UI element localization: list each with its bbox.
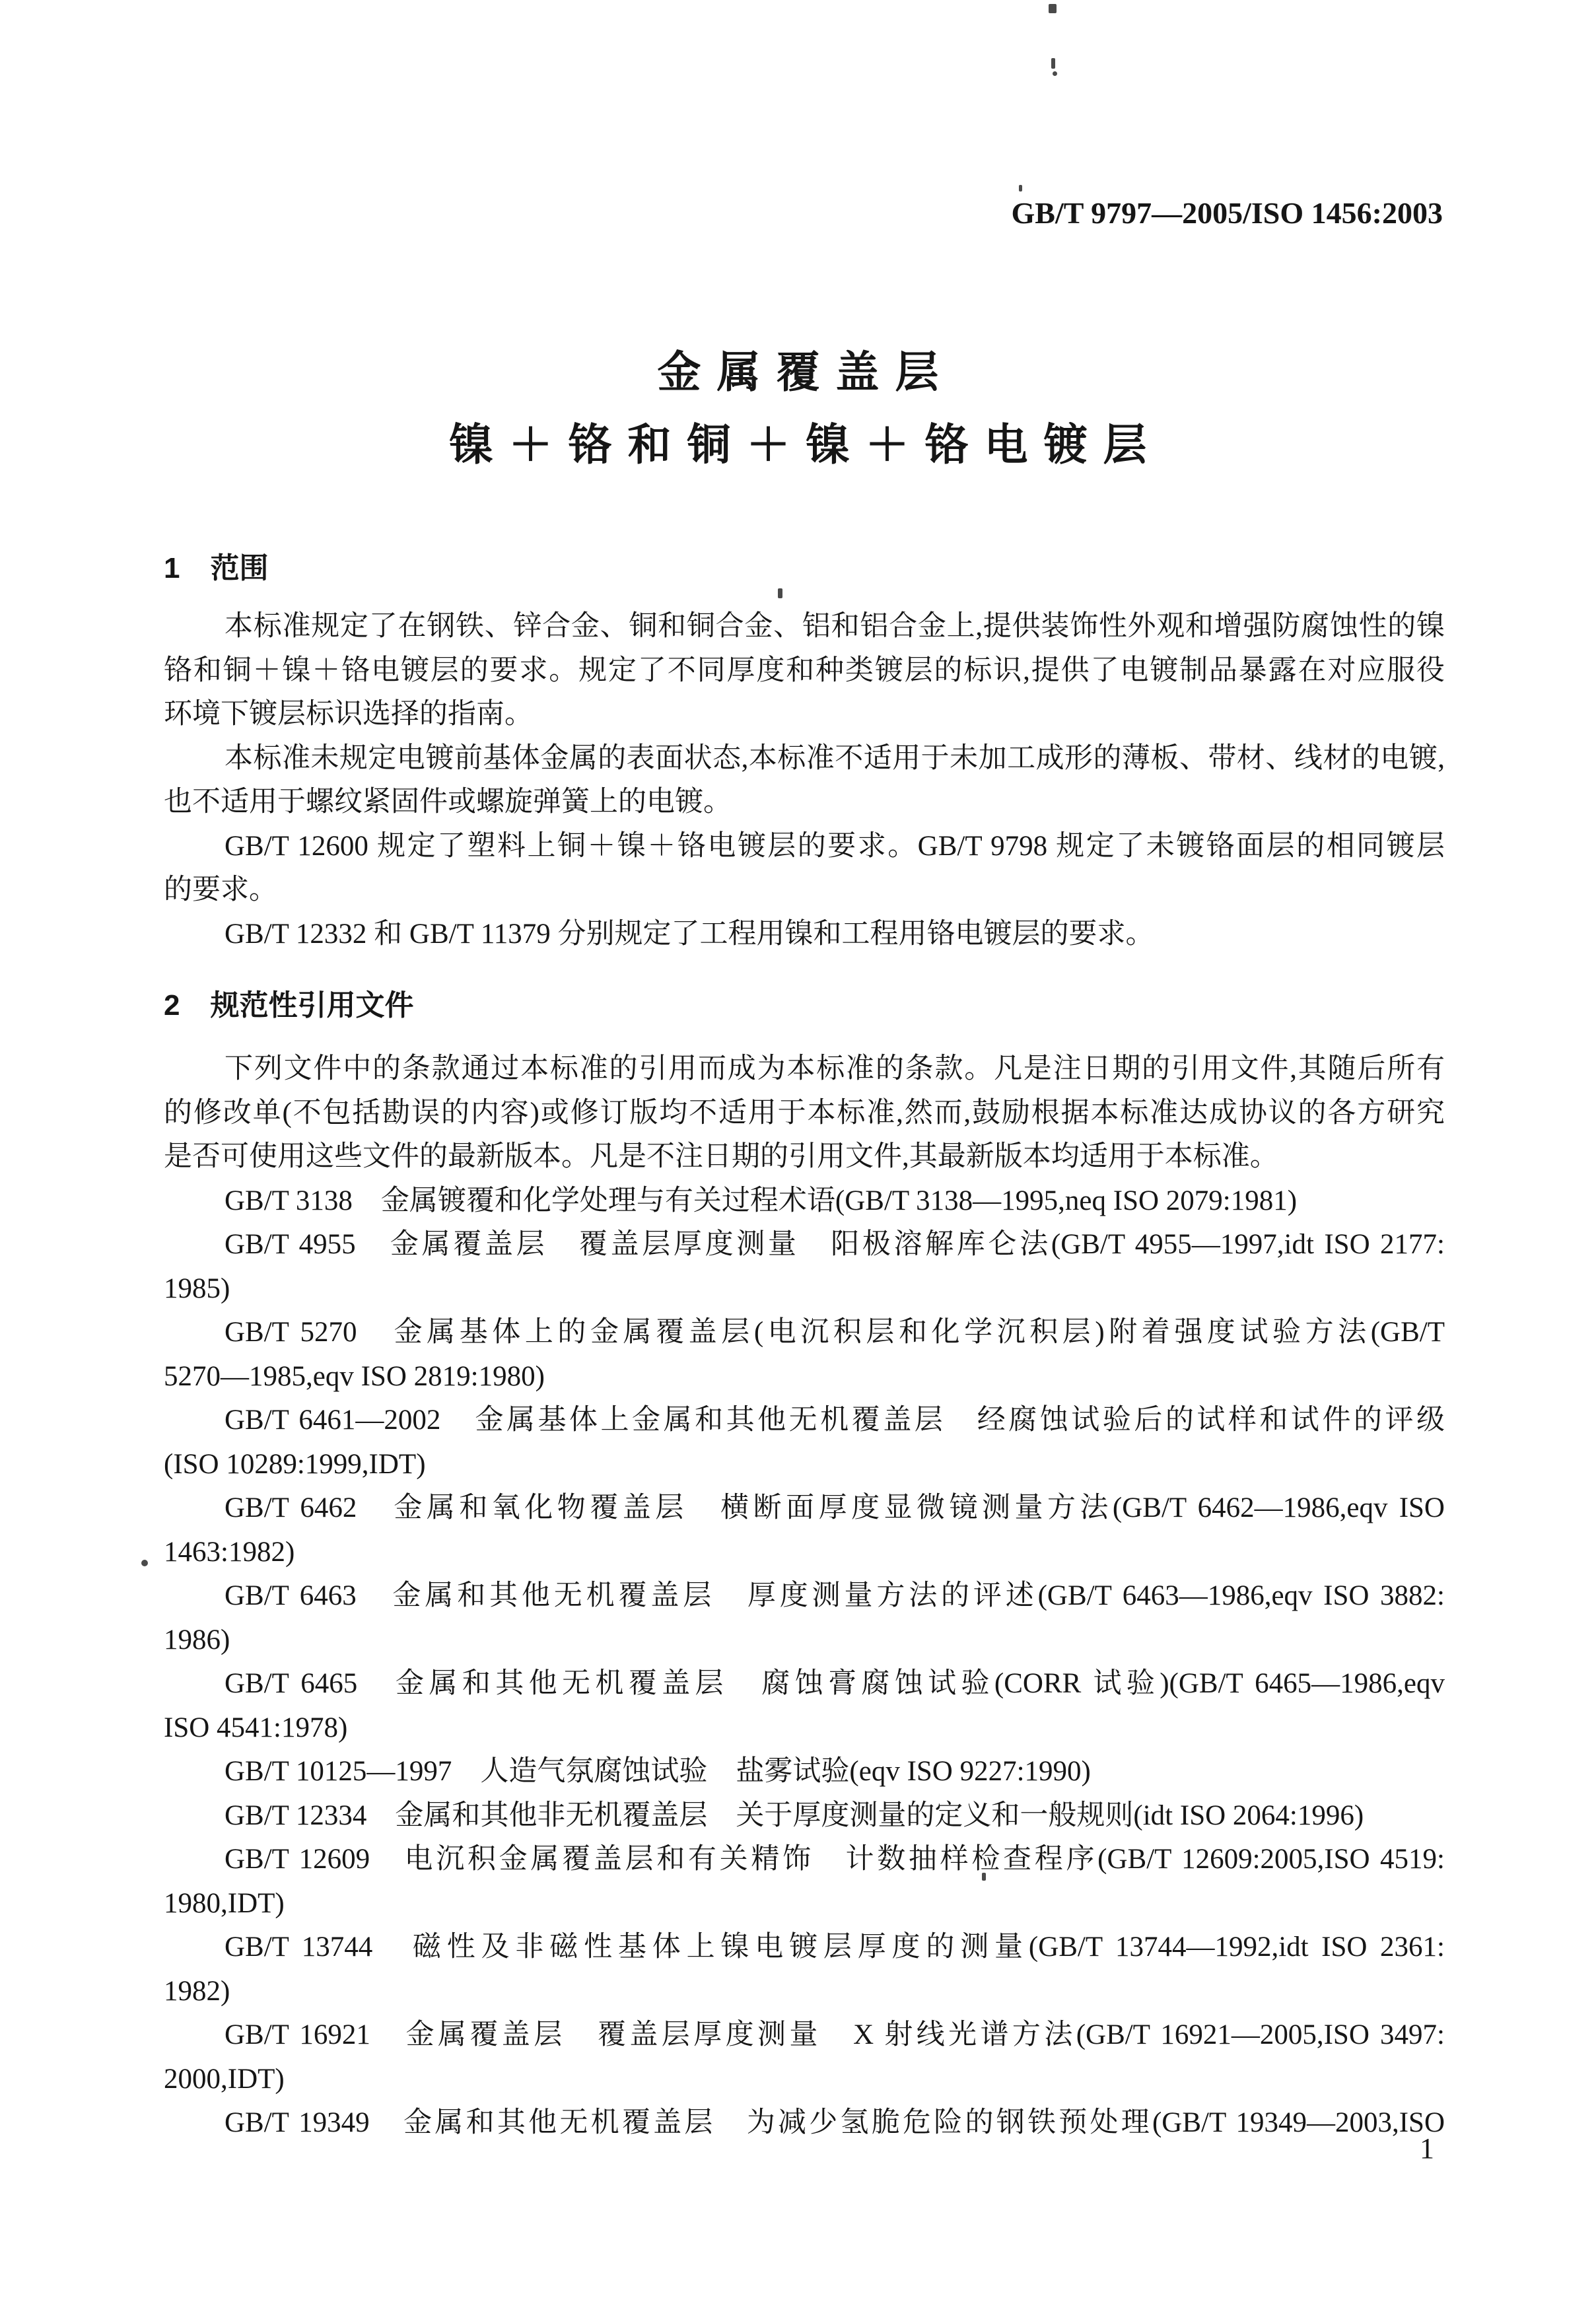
text-line: 5270—1985,eqv ISO 2819:1980) (164, 1355, 1445, 1399)
text-line: GB/T 16921 金属覆盖层 覆盖层厚度测量 X 射线光谱方法(GB/T 1… (164, 2013, 1445, 2058)
text-line: 1986) (164, 1619, 1445, 1663)
text-line: GB/T 6461—2002 金属基体上金属和其他无机覆盖层 经腐蚀试验后的试样… (164, 1399, 1445, 1443)
text-line: GB/T 6465 金属和其他无机覆盖层 腐蚀膏腐蚀试验(CORR 试验)(GB… (164, 1662, 1445, 1706)
text-line: GB/T 12609 电沉积金属覆盖层和有关精饰 计数抽样检查程序(GB/T 1… (164, 1838, 1445, 1882)
text-line: 1985) (164, 1267, 1445, 1311)
text-line: 1463:1982) (164, 1531, 1445, 1575)
scan-artifact (141, 1560, 148, 1566)
text-line: GB/T 12332 和 GB/T 11379 分别规定了工程用镍和工程用铬电镀… (164, 913, 1445, 957)
text-line: (ISO 10289:1999,IDT) (164, 1443, 1445, 1487)
text-line: 2000,IDT) (164, 2058, 1445, 2102)
scan-artifact (1049, 4, 1057, 13)
text-line: 环境下镀层标识选择的指南。 (164, 693, 1445, 737)
text-line: 的要求。 (164, 868, 1445, 913)
text-line: GB/T 6463 金属和其他无机覆盖层 厚度测量方法的评述(GB/T 6463… (164, 1574, 1445, 1619)
text-line: 1982) (164, 1970, 1445, 2014)
text-line: GB/T 19349 金属和其他无机覆盖层 为减少氢脆危险的钢铁预处理(GB/T… (164, 2101, 1445, 2145)
text-line: 下列文件中的条款通过本标准的引用而成为本标准的条款。凡是注日期的引用文件,其随后… (164, 1047, 1445, 1092)
scan-artifact (1051, 58, 1055, 69)
section-1-body: 本标准规定了在钢铁、锌合金、铜和铜合金、铝和铝合金上,提供装饰性外观和增强防腐蚀… (164, 605, 1445, 956)
text-line: 的修改单(不包括勘误的内容)或修订版均不适用于本标准,然而,鼓励根据本标准达成协… (164, 1092, 1445, 1136)
document-subtitle: 镍＋铬和铜＋镍＋铬电镀层 (0, 409, 1596, 472)
section-2-heading: 2规范性引用文件 (164, 981, 413, 1024)
text-line: 也不适用于螺纹紧固件或螺旋弹簧上的电镀。 (164, 781, 1445, 825)
scan-artifact (1053, 71, 1057, 76)
document-title: 金属覆盖层 (0, 337, 1596, 400)
page-number: 1 (1420, 2132, 1434, 2165)
scan-artifact (982, 1873, 986, 1881)
section-2-body: 下列文件中的条款通过本标准的引用而成为本标准的条款。凡是注日期的引用文件,其随后… (164, 1047, 1445, 2145)
text-line: 1980,IDT) (164, 1882, 1445, 1926)
text-line: ISO 4541:1978) (164, 1706, 1445, 1751)
text-line: GB/T 12334 金属和其他非无机覆盖层 关于厚度测量的定义和一般规则(id… (164, 1794, 1445, 1838)
text-line: 是否可使用这些文件的最新版本。凡是不注日期的引用文件,其最新版本均适用于本标准。 (164, 1135, 1445, 1179)
text-line: GB/T 3138 金属镀覆和化学处理与有关过程术语(GB/T 3138—199… (164, 1179, 1445, 1224)
text-line: GB/T 5270 金属基体上的金属覆盖层(电沉积层和化学沉积层)附着强度试验方… (164, 1311, 1445, 1355)
text-line: GB/T 13744 磁性及非磁性基体上镍电镀层厚度的测量(GB/T 13744… (164, 1926, 1445, 1970)
section-1-title: 范围 (210, 544, 268, 586)
text-line: GB/T 6462 金属和氧化物覆盖层 横断面厚度显微镜测量方法(GB/T 64… (164, 1486, 1445, 1531)
text-line: GB/T 4955 金属覆盖层 覆盖层厚度测量 阳极溶解库仑法(GB/T 495… (164, 1223, 1445, 1267)
section-2-number: 2 (164, 989, 180, 1022)
text-line: GB/T 10125—1997 人造气氛腐蚀试验 盐雾试验(eqv ISO 92… (164, 1750, 1445, 1794)
section-1-number: 1 (164, 552, 180, 585)
document-page: GB/T 9797—2005/ISO 1456:2003 金属覆盖层 镍＋铬和铜… (0, 0, 1596, 2298)
text-line: 本标准未规定电镀前基体金属的表面状态,本标准不适用于未加工成形的薄板、带材、线材… (164, 737, 1445, 781)
section-2-title: 规范性引用文件 (210, 981, 413, 1024)
section-1-heading: 1范围 (164, 544, 268, 586)
text-line: 本标准规定了在钢铁、锌合金、铜和铜合金、铝和铝合金上,提供装饰性外观和增强防腐蚀… (164, 605, 1445, 649)
scan-artifact (778, 588, 782, 598)
text-line: 铬和铜＋镍＋铬电镀层的要求。规定了不同厚度和种类镀层的标识,提供了电镀制品暴露在… (164, 649, 1445, 693)
scan-artifact (1019, 185, 1022, 191)
text-line: GB/T 12600 规定了塑料上铜＋镍＋铬电镀层的要求。GB/T 9798 规… (164, 825, 1445, 869)
standard-code-header: GB/T 9797—2005/ISO 1456:2003 (1012, 195, 1443, 230)
